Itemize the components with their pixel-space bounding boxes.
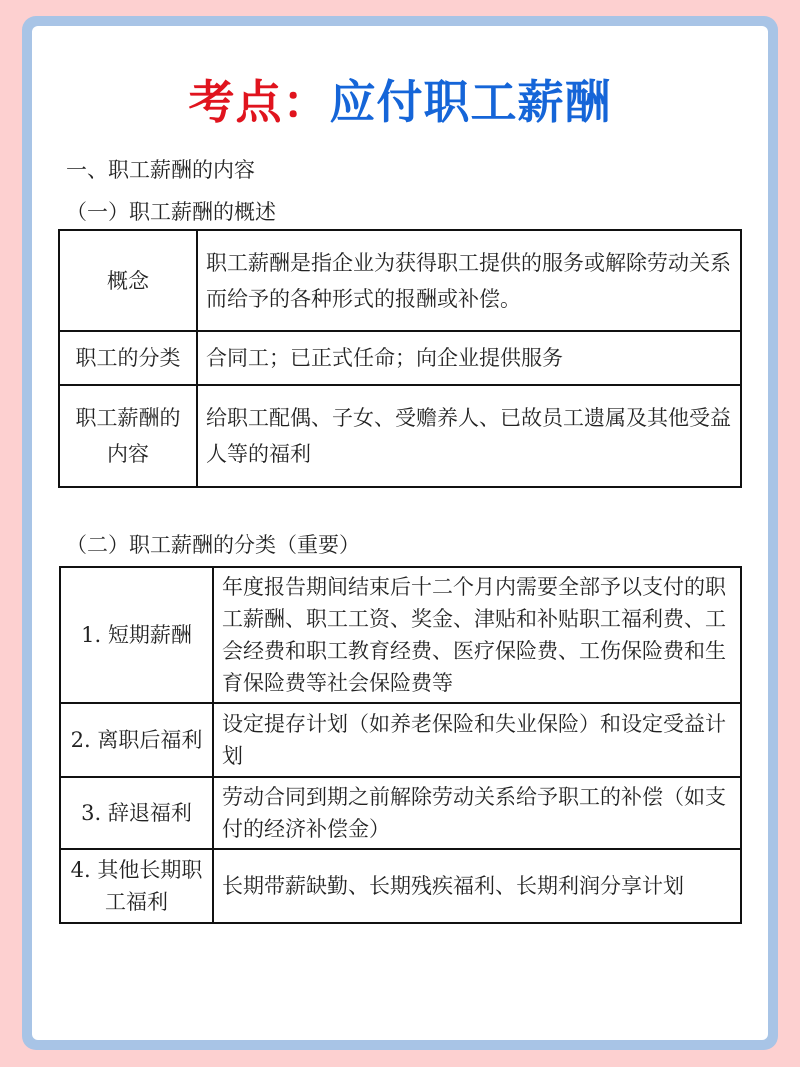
row-key: 2. 离职后福利 xyxy=(60,703,213,777)
table-row: 4. 其他长期职工福利 长期带薪缺勤、长期残疾福利、长期利润分享计划 xyxy=(60,849,741,923)
page-title: 考点：应付职工薪酬 xyxy=(0,72,800,132)
row-value: 设定提存计划（如养老保险和失业保险）和设定受益计划 xyxy=(213,703,741,777)
row-value: 劳动合同到期之前解除劳动关系给予职工的补偿（如支付的经济补偿金） xyxy=(213,777,741,849)
overview-table: 概念 职工薪酬是指企业为获得职工提供的服务或解除劳动关系而给予的各种形式的报酬或… xyxy=(58,229,742,488)
row-value: 年度报告期间结束后十二个月内需要全部予以支付的职工薪酬、职工工资、奖金、津贴和补… xyxy=(213,567,741,703)
row-key: 1. 短期薪酬 xyxy=(60,567,213,703)
classification-table: 1. 短期薪酬 年度报告期间结束后十二个月内需要全部予以支付的职工薪酬、职工工资… xyxy=(59,566,742,924)
row-value: 职工薪酬是指企业为获得职工提供的服务或解除劳动关系而给予的各种形式的报酬或补偿。 xyxy=(197,230,741,331)
row-value: 长期带薪缺勤、长期残疾福利、长期利润分享计划 xyxy=(213,849,741,923)
row-value: 合同工；已正式任命；向企业提供服务 xyxy=(197,331,741,385)
row-key: 职工的分类 xyxy=(59,331,197,385)
table-row: 概念 职工薪酬是指企业为获得职工提供的服务或解除劳动关系而给予的各种形式的报酬或… xyxy=(59,230,741,331)
row-key: 4. 其他长期职工福利 xyxy=(60,849,213,923)
row-key: 概念 xyxy=(59,230,197,331)
title-main: 应付职工薪酬 xyxy=(330,75,612,129)
table-row: 职工薪酬的内容 给职工配偶、子女、受赡养人、已故员工遗属及其他受益人等的福利 xyxy=(59,385,741,487)
table-row: 职工的分类 合同工；已正式任命；向企业提供服务 xyxy=(59,331,741,385)
subsection-heading-overview: （一）职工薪酬的概述 xyxy=(66,199,276,225)
row-value: 给职工配偶、子女、受赡养人、已故员工遗属及其他受益人等的福利 xyxy=(197,385,741,487)
table-row: 3. 辞退福利 劳动合同到期之前解除劳动关系给予职工的补偿（如支付的经济补偿金） xyxy=(60,777,741,849)
title-prefix: 考点： xyxy=(189,75,330,129)
section-heading: 一、职工薪酬的内容 xyxy=(66,157,255,183)
subsection-heading-classification: （二）职工薪酬的分类（重要） xyxy=(66,532,360,558)
table-row: 1. 短期薪酬 年度报告期间结束后十二个月内需要全部予以支付的职工薪酬、职工工资… xyxy=(60,567,741,703)
row-key: 3. 辞退福利 xyxy=(60,777,213,849)
table-row: 2. 离职后福利 设定提存计划（如养老保险和失业保险）和设定受益计划 xyxy=(60,703,741,777)
row-key: 职工薪酬的内容 xyxy=(59,385,197,487)
